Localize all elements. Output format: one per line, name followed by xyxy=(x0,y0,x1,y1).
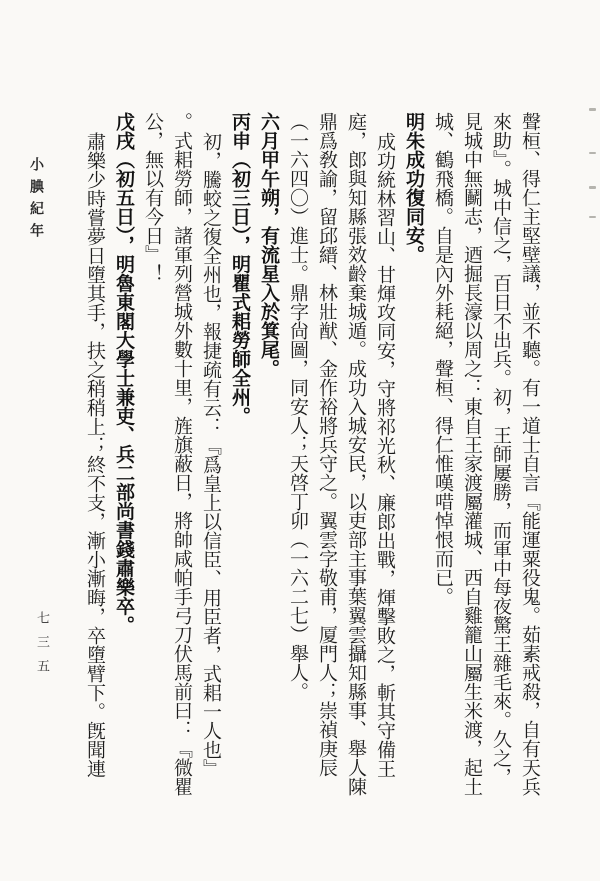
commentary-line: 來助』。城中信之，百日不出兵。初，王師屢勝，而軍中每夜驚王雜毛來。久之， xyxy=(486,112,515,798)
commentary-line: 成功統林習山、甘煇攻同安，守將祁光秋、廉郎出戰，煇擊敗之，斬其守備王 xyxy=(370,112,399,798)
page-edge-artifact xyxy=(589,152,596,154)
commentary-line: 初，騰蛟之復全州也，報捷疏有云：『爲皇上以信臣、用臣者，式耜一人也』 xyxy=(196,112,225,798)
commentary-line: 公，無以有今日』！ xyxy=(138,112,167,798)
commentary-line: 鼎爲敎諭，留邱縉、林壯猷、金作裕將兵守之。翼雲字敬甫，厦門人；崇禎庚辰 xyxy=(312,112,341,798)
page-edge-artifact xyxy=(589,108,596,111)
commentary-line: 城、鶴飛橋。自是內外耗絕，聲桓、得仁惟嘆唶悼恨而已。 xyxy=(428,112,457,798)
page-number: 七三五 xyxy=(33,611,52,683)
commentary-line: 見城中無鬭志，迺掘長濠以周之：東自王家渡屬灌城、西自雞籠山屬生米渡，起土 xyxy=(457,112,486,798)
commentary-line: 肅樂少時嘗夢日墮其手，扶之稍稍上；終不支，漸小漸晦，卒墮臂下。旣聞連 xyxy=(80,112,109,798)
commentary-line: （一六四〇）進士。鼎字尙圖，同安人；天啓丁卯（一六二七）舉人。 xyxy=(283,112,312,798)
text-columns: 聲桓、得仁主堅壁議，並不聽。有一道士自言『能運粟役鬼。茹素戒殺，自有天兵來助』。… xyxy=(80,112,544,798)
entry-heading-line: 戊戌（初五日），明魯東閣大學士兼吏、兵二部尚書錢肅樂卒。 xyxy=(109,112,138,798)
page-edge-artifact xyxy=(589,216,596,218)
book-title: 小腆紀年 xyxy=(25,157,45,245)
commentary-line: 庭，郎與知縣張效齡棄城遁。成功入城安民，以吏部主事葉翼雲攝知縣事、舉人陳 xyxy=(341,112,370,798)
commentary-line: 聲桓、得仁主堅壁議，並不聽。有一道士自言『能運粟役鬼。茹素戒殺，自有天兵 xyxy=(515,112,544,798)
page-edge-artifact xyxy=(589,186,596,189)
commentary-line: 。式耜勞師，諸軍列營城外數十里，旌旗蔽日，將帥咸帕手弓刀伏馬前曰：『微瞿 xyxy=(167,112,196,798)
entry-heading-line: 明朱成功復同安。 xyxy=(399,112,428,798)
entry-heading-line: 六月甲午朔，有流星入於箕尾。 xyxy=(254,112,283,798)
scanned-book-page: 小腆紀年 七三五 聲桓、得仁主堅壁議，並不聽。有一道士自言『能運粟役鬼。茹素戒殺… xyxy=(0,0,600,881)
entry-heading-line: 丙申（初三日），明瞿式耜勞師全州。 xyxy=(225,112,254,798)
